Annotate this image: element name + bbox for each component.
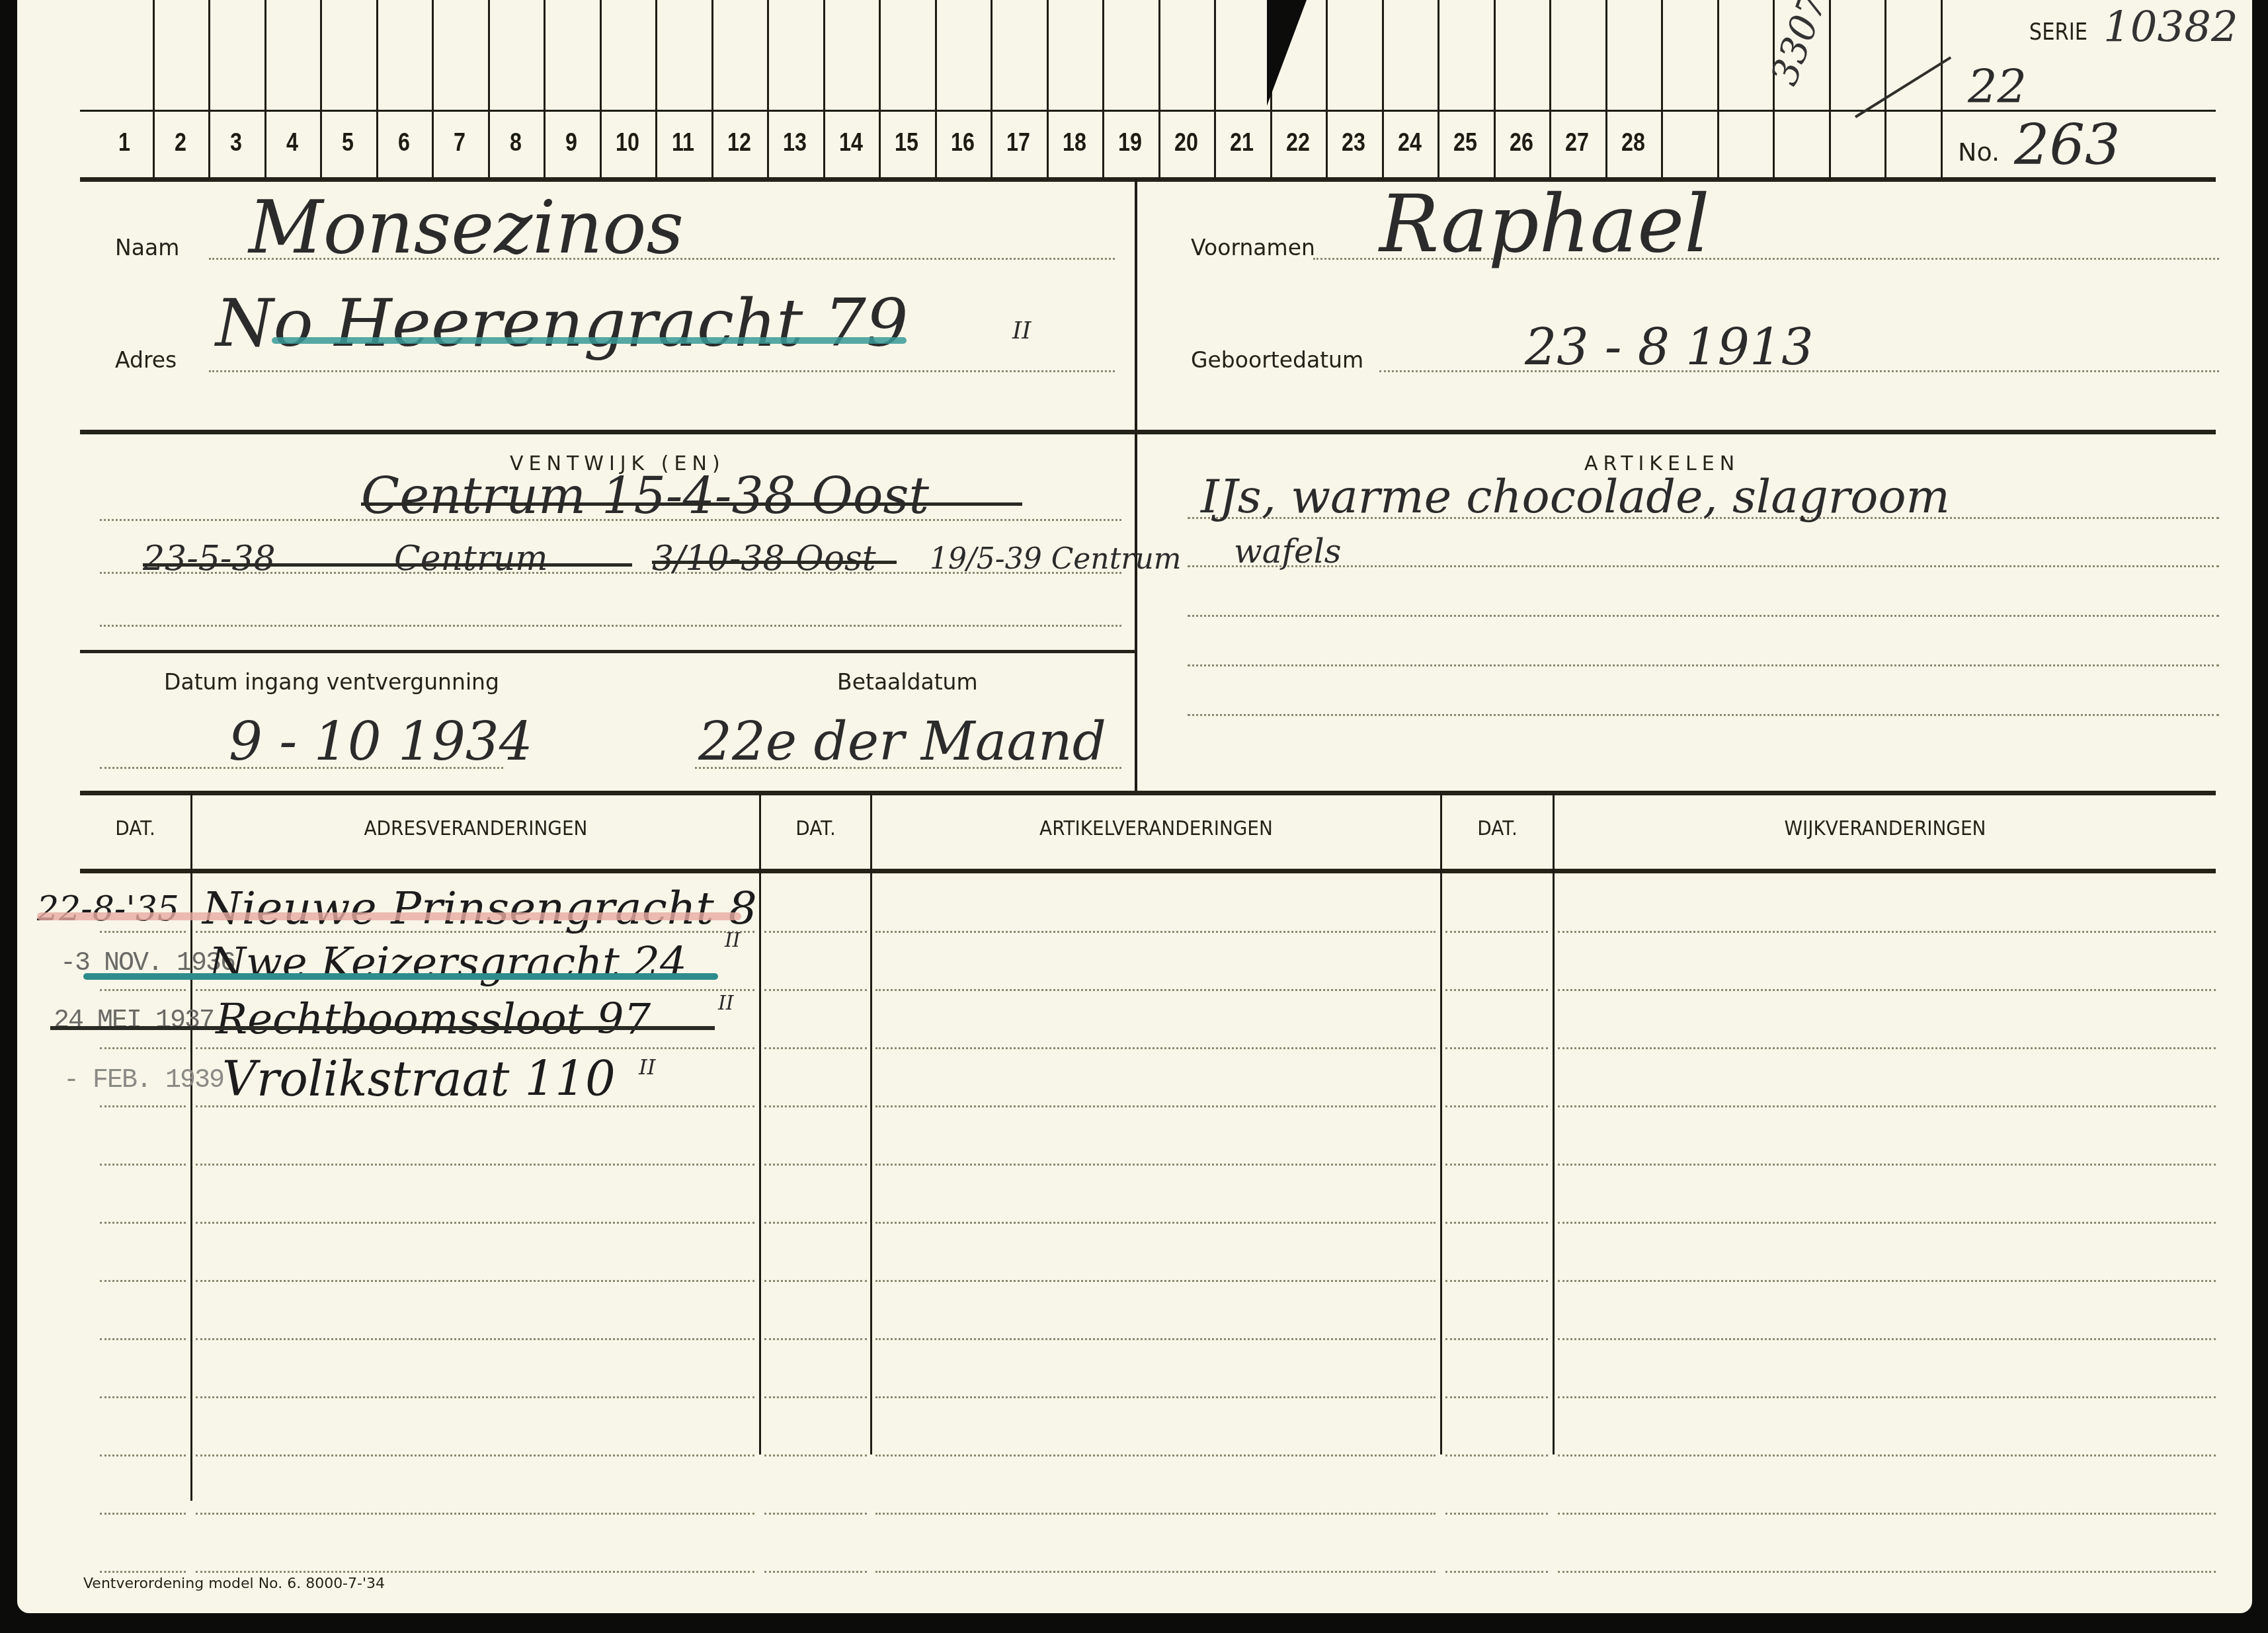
strip-column-divider (1605, 0, 1607, 179)
ventwijk-more-2[interactable]: 3/10-38 Oost (652, 539, 876, 578)
strip-mid-line (80, 110, 2216, 112)
strip-column-divider (1884, 0, 1886, 179)
strip-number[interactable]: 11 (659, 129, 706, 157)
address-change-date-3[interactable]: 24 MEI 1937 (54, 1006, 214, 1036)
strip-column-divider (879, 0, 881, 179)
adres-suffix: II (1012, 317, 1031, 344)
table-row-line (875, 1222, 1436, 1224)
artikelen-line-5 (1188, 714, 2219, 716)
strip-number[interactable]: 28 (1609, 129, 1656, 157)
ventwijk-date-2[interactable]: 23-5-38 (143, 539, 276, 578)
table-row-line (764, 1571, 867, 1573)
strip-column-divider (655, 0, 657, 179)
table-row-line (1558, 1105, 2216, 1107)
fraction-numerator: 22 (1968, 60, 2027, 114)
strip-column-divider (1494, 0, 1496, 179)
table-row-line (875, 989, 1436, 991)
col-divider-4 (1440, 793, 1442, 1454)
header-adresveranderingen: ADRESVERANDERINGEN (221, 816, 731, 840)
main-divider (1135, 179, 1137, 793)
table-row-line (100, 1164, 186, 1166)
table-row-line (1445, 1513, 1548, 1515)
table-row-line (1558, 989, 2216, 991)
voornamen-label: Voornamen (1191, 235, 1315, 260)
card-notch (1267, 0, 1307, 106)
strip-number[interactable]: 12 (715, 129, 762, 157)
strip-column-divider (320, 0, 322, 179)
serie-value: 10382 (2103, 3, 2238, 52)
ventwijk-line-3 (100, 625, 1121, 627)
table-row-line (196, 1338, 754, 1340)
strip-number[interactable]: 3 (212, 129, 259, 157)
table-row-line (1445, 1571, 1548, 1573)
address-change-suffix-4: II (639, 1055, 655, 1080)
table-row-line (100, 1338, 186, 1340)
address-change-2[interactable]: Nwe Keizersgracht 24 (209, 939, 687, 988)
strip-number[interactable]: 13 (771, 129, 818, 157)
table-row-line (875, 931, 1436, 933)
strip-number[interactable]: 2 (157, 129, 204, 157)
table-row-line (764, 1396, 867, 1398)
adres-line (209, 370, 1115, 372)
table-row-line (875, 1164, 1436, 1166)
adres-teal-strike (272, 337, 907, 344)
strip-number[interactable]: 20 (1162, 129, 1209, 157)
datum-ingang-label: Datum ingang ventvergunning (164, 669, 499, 695)
strip-column-divider (823, 0, 825, 179)
address-change-strike-1 (37, 912, 741, 920)
ventwijk-strike-1 (361, 502, 1022, 506)
artikelen-line-4 (1188, 664, 2219, 666)
strip-column-divider (264, 0, 266, 179)
header-dat-3: DAT. (1447, 816, 1547, 840)
table-row-line (1558, 1571, 2216, 1573)
table-row-line (1445, 1047, 1548, 1049)
table-row-line (196, 1454, 754, 1456)
strip-bottom-line (80, 177, 2216, 182)
strip-number[interactable]: 7 (436, 129, 483, 157)
strip-column-divider (767, 0, 769, 179)
table-row-line (1445, 1222, 1548, 1224)
voornamen-value[interactable]: Raphael (1379, 179, 1710, 270)
geboortedatum-value[interactable]: 23 - 8 1913 (1525, 317, 1814, 376)
table-row-line (1558, 1396, 2216, 1398)
table-row-line (1445, 1454, 1548, 1456)
table-row-line (196, 1513, 754, 1515)
table-row-line (100, 931, 186, 933)
strip-number[interactable]: 25 (1441, 129, 1488, 157)
table-row-line (764, 1222, 867, 1224)
section-line-1 (80, 430, 2216, 434)
strip-column-divider (1326, 0, 1328, 179)
strip-number[interactable]: 22 (1274, 129, 1321, 157)
table-row-line (196, 989, 754, 991)
strip-column-divider (991, 0, 992, 179)
strip-column-divider (600, 0, 602, 179)
strip-column-divider (1941, 0, 1943, 179)
strip-column-divider (935, 0, 937, 179)
strip-column-divider (1438, 0, 1439, 179)
address-change-3[interactable]: Rechtboomssloot 97 (216, 995, 651, 1044)
table-row-line (875, 1280, 1436, 1282)
table-row-line (764, 1513, 867, 1515)
table-row-line (100, 1280, 186, 1282)
table-row-line (875, 1396, 1436, 1398)
strip-column-divider (1382, 0, 1384, 179)
strip-column-divider (711, 0, 713, 179)
strip-number[interactable]: 17 (994, 129, 1041, 157)
table-row-line (1445, 989, 1548, 991)
table-row-line (1558, 1047, 2216, 1049)
table-row-line (1445, 1396, 1548, 1398)
strip-number[interactable]: 5 (324, 129, 371, 157)
table-row-line (100, 1105, 186, 1107)
table-row-line (1445, 1280, 1548, 1282)
strip-number[interactable]: 16 (939, 129, 986, 157)
address-change-1[interactable]: Nieuwe Prinsengracht 8 (202, 883, 757, 935)
artikelen-value-1[interactable]: IJs, warme chocolade, slagroom (1201, 469, 1950, 524)
table-row-line (764, 1280, 867, 1282)
ventwijk-strike-3 (652, 561, 897, 564)
header-dat-2: DAT. (766, 816, 865, 840)
table-row-line (764, 1454, 867, 1456)
table-row-line (196, 1280, 754, 1282)
strip-column-divider (153, 0, 155, 179)
strip-column-divider (208, 0, 210, 179)
ventwijk-strike-2 (143, 563, 632, 567)
strip-column-divider (1102, 0, 1104, 179)
strip-column-divider (432, 0, 434, 179)
strip-number[interactable]: 15 (883, 129, 930, 157)
table-row-line (764, 989, 867, 991)
table-row-line (1558, 931, 2216, 933)
address-change-strike-2 (83, 973, 718, 980)
strip-number[interactable]: 1 (101, 129, 147, 157)
datum-ingang-value[interactable]: 9 - 10 1934 (229, 711, 533, 772)
address-change-4[interactable]: Vrolikstraat 110 (222, 1051, 616, 1107)
serie-label: SERIE (2029, 19, 2087, 46)
strip-number[interactable]: 18 (1051, 129, 1098, 157)
table-row-line (100, 1047, 186, 1049)
table-row-line (764, 1105, 867, 1107)
table-row-line (196, 1222, 754, 1224)
registration-card: 1234567891011121314151617181920212223242… (17, 0, 2252, 1613)
col-divider-3 (870, 793, 872, 1454)
table-row-line (875, 1338, 1436, 1340)
strip-number[interactable]: 23 (1330, 129, 1377, 157)
table-row-line (100, 1222, 186, 1224)
table-row-line (764, 1338, 867, 1340)
address-change-suffix-3: II (718, 992, 734, 1015)
table-row-line (196, 1047, 754, 1049)
table-row-line (764, 1047, 867, 1049)
address-change-strike-3 (50, 1026, 715, 1030)
table-row-line (875, 1513, 1436, 1515)
table-row-line (1558, 1338, 2216, 1340)
table-row-line (764, 931, 867, 933)
form-model-footer: Ventverordening model No. 6. 8000-7-'34 (83, 1575, 385, 1592)
strip-number[interactable]: 26 (1498, 129, 1545, 157)
table-row-line (1558, 1222, 2216, 1224)
table-row-line (196, 1571, 754, 1573)
strip-column-divider (488, 0, 490, 179)
strip-number[interactable]: 4 (268, 129, 315, 157)
table-row-line (875, 1571, 1436, 1573)
strip-column-divider (544, 0, 546, 179)
strip-number[interactable]: 27 (1553, 129, 1600, 157)
address-change-suffix-2: II (725, 929, 741, 952)
strip-number[interactable]: 21 (1218, 129, 1265, 157)
ventwijk-entry-1[interactable]: Centrum 15-4-38 Oost (361, 466, 929, 525)
strip-number[interactable]: 6 (380, 129, 427, 157)
fraction-slash (1855, 56, 1951, 118)
strip-column-divider (1158, 0, 1160, 179)
geboortedatum-label: Geboortedatum (1191, 347, 1363, 373)
table-row-line (1558, 1513, 2216, 1515)
header-artikelveranderingen: ARTIKELVERANDERINGEN (901, 816, 1412, 840)
address-change-date-4[interactable]: - FEB. 1939 (63, 1066, 223, 1095)
table-row-line (875, 1047, 1436, 1049)
table-row-line (1445, 931, 1548, 933)
naam-label: Naam (115, 235, 179, 260)
table-row-line (196, 1164, 754, 1166)
strip-number[interactable]: 9 (547, 129, 594, 157)
no-label: No. (1958, 138, 2000, 167)
strip-column-divider (376, 0, 378, 179)
strip-number[interactable]: 19 (1106, 129, 1153, 157)
adres-label: Adres (115, 347, 177, 373)
strip-column-divider (1047, 0, 1049, 179)
strip-number[interactable]: 10 (604, 129, 651, 157)
table-row-line (875, 1454, 1436, 1456)
artikelen-line-2 (1188, 565, 2219, 567)
no-value: 263 (2014, 112, 2120, 177)
table-row-line (764, 1164, 867, 1166)
strip-column-divider (1549, 0, 1551, 179)
table-row-line (100, 1513, 186, 1515)
strip-number[interactable]: 14 (827, 129, 874, 157)
col-divider-2 (759, 793, 761, 1454)
address-change-date-1[interactable]: 22-8-'35 (37, 889, 179, 929)
ventwijk-last-2[interactable]: 19/5-39 Centrum (930, 542, 1181, 576)
header-wijkveranderingen: WIJKVERANDERINGEN (1588, 816, 2183, 840)
col-divider-5 (1553, 793, 1555, 1454)
col-divider-1 (190, 793, 192, 1501)
artikelen-line-3 (1188, 615, 2219, 617)
ventwijk-place-2[interactable]: Centrum (394, 539, 548, 578)
table-row-line (100, 1396, 186, 1398)
table-row-line (1558, 1280, 2216, 1282)
artikelen-value-2[interactable]: wafels (1234, 532, 1341, 571)
strip-number[interactable]: 24 (1386, 129, 1433, 157)
strip-column-divider (1773, 0, 1775, 179)
table-row-line (875, 1105, 1436, 1107)
table-header-bottom (80, 869, 2216, 873)
naam-value[interactable]: Monsezinos (249, 185, 684, 270)
section-line-2 (80, 650, 1137, 653)
strip-number[interactable]: 8 (492, 129, 539, 157)
strip-column-divider (1717, 0, 1719, 179)
table-row-line (100, 989, 186, 991)
table-row-line (100, 1454, 186, 1456)
section-line-3 (80, 791, 2216, 795)
table-row-line (1558, 1454, 2216, 1456)
betaaldatum-value[interactable]: 22e der Maand (698, 711, 1106, 772)
table-row-line (196, 1396, 754, 1398)
table-row-line (100, 1571, 186, 1573)
header-dat-1: DAT. (85, 816, 184, 840)
strip-column-divider (1661, 0, 1663, 179)
adres-value[interactable]: No Heerengracht 79 (216, 284, 909, 362)
strip-column-divider (1829, 0, 1831, 179)
table-row-line (1445, 1164, 1548, 1166)
table-row-line (1445, 1105, 1548, 1107)
strip-column-divider (1214, 0, 1216, 179)
table-row-line (1558, 1164, 2216, 1166)
table-row-line (1445, 1338, 1548, 1340)
betaaldatum-label: Betaaldatum (837, 669, 978, 695)
